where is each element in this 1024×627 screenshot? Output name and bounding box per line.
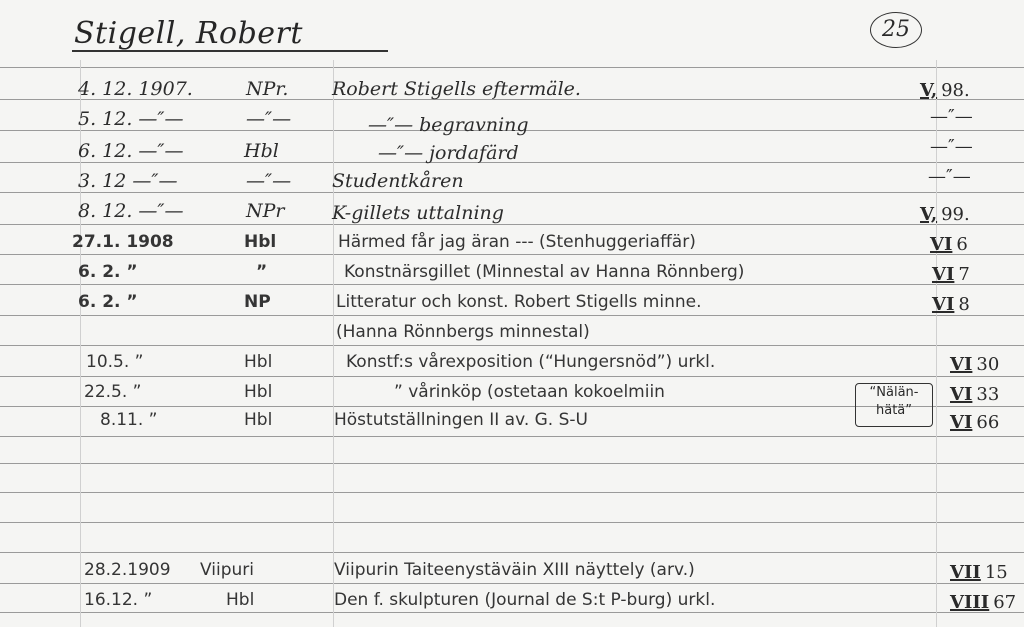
entry-date: 27.1. 1908	[72, 232, 174, 252]
ref-volume: VI	[950, 412, 972, 433]
ruled-line	[0, 612, 1024, 613]
ref-page: —″—	[930, 106, 973, 127]
entry-date: 6. 2. ”	[78, 262, 138, 282]
boxed-annotation-line: “Nälän-	[856, 384, 932, 402]
ref-page: 99.	[941, 204, 970, 225]
ref-volume: V,	[920, 80, 937, 101]
entry-source: NPr.	[246, 78, 288, 100]
ref-volume: VI	[950, 384, 972, 405]
ref-volume: VII	[950, 562, 981, 583]
entry-date: 8. 12. —″—	[78, 200, 184, 222]
ruled-line	[0, 436, 1024, 437]
entry-reference: —″—	[930, 136, 973, 157]
entry-source: ”	[256, 262, 267, 282]
entry-date: 28.2.1909	[84, 560, 171, 580]
ref-page: —″—	[928, 166, 971, 187]
entry-source: Hbl	[226, 590, 254, 610]
entry-source: —″—	[246, 170, 291, 192]
entry-source: Viipuri	[200, 560, 254, 580]
ruled-line	[0, 67, 1024, 68]
entry-source: NPr	[246, 200, 285, 222]
entry-text: Konstf:s vårexposition (“Hungersnöd”) ur…	[346, 352, 715, 372]
entry-text: K-gillets uttalning	[332, 202, 504, 224]
ref-volume: VIII	[950, 592, 989, 613]
entry-reference: VI8	[932, 294, 970, 315]
index-card: Stigell, Robert 25 4. 12. 1907. NPr. Rob…	[0, 0, 1024, 627]
card-number: 25	[870, 12, 922, 48]
ruled-line	[0, 254, 1024, 255]
ruled-line	[0, 376, 1024, 377]
entry-reference: VI7	[932, 264, 970, 285]
ref-page: —″—	[930, 136, 973, 157]
ruled-line	[0, 583, 1024, 584]
ref-volume: VI	[932, 264, 954, 285]
ref-page: 98.	[941, 80, 970, 101]
ref-volume: VI	[950, 354, 972, 375]
entry-reference: VI30	[950, 354, 999, 375]
entry-source: NP	[244, 292, 271, 312]
entry-date: 6. 12. —″—	[78, 140, 184, 162]
entry-text: Studentkåren	[332, 170, 464, 192]
entry-text: Höstutställningen II av. G. S-U	[334, 410, 588, 430]
entry-text: —″— begravning	[368, 114, 529, 136]
entry-reference: —″—	[930, 106, 973, 127]
entry-source: Hbl	[244, 410, 272, 430]
entry-date: 10.5. ”	[86, 352, 143, 372]
entry-date: 3. 12 —″—	[78, 170, 177, 192]
entry-reference: V,99.	[920, 204, 970, 225]
ruled-line	[0, 284, 1024, 285]
entry-reference: —″—	[928, 166, 971, 187]
card-title: Stigell, Robert	[74, 16, 303, 51]
ref-volume: V,	[920, 204, 937, 225]
entry-text-continuation: (Hanna Rönnbergs minnestal)	[336, 322, 590, 342]
entry-text: Härmed får jag äran --- (Stenhuggeriaffä…	[338, 232, 696, 252]
entry-date: 6. 2. ”	[78, 292, 138, 312]
ref-page: 33	[976, 384, 999, 405]
ref-volume: VI	[932, 294, 954, 315]
entry-date: 4. 12. 1907.	[78, 78, 193, 100]
entry-text: —″— jordafärd	[378, 142, 519, 164]
entry-source: Hbl	[244, 352, 272, 372]
ruled-line	[0, 192, 1024, 193]
entry-source: —″—	[246, 108, 291, 130]
entry-text: Robert Stigells eftermäle.	[332, 78, 581, 100]
entry-date: 16.12. ”	[84, 590, 152, 610]
ref-volume: VI	[930, 234, 952, 255]
ref-page: 6	[956, 234, 967, 255]
entry-date: 22.5. ”	[84, 382, 141, 402]
boxed-annotation: “Nälän- hätä”	[855, 383, 933, 427]
ruled-line	[0, 552, 1024, 553]
ruled-line	[0, 522, 1024, 523]
entry-date: 5. 12. —″—	[78, 108, 184, 130]
ref-page: 7	[958, 264, 969, 285]
entry-reference: VI6	[930, 234, 968, 255]
entry-text: Viipurin Taiteenystäväin XIII näyttely (…	[334, 560, 695, 580]
ruled-line	[0, 463, 1024, 464]
entry-date: 8.11. ”	[100, 410, 157, 430]
ruled-line	[0, 492, 1024, 493]
entry-reference: VI66	[950, 412, 999, 433]
entry-reference: VII15	[950, 562, 1008, 583]
ref-page: 67	[993, 592, 1016, 613]
entry-text: Litteratur och konst. Robert Stigells mi…	[336, 292, 701, 312]
ref-page: 30	[976, 354, 999, 375]
entry-source: Hbl	[244, 232, 276, 252]
ref-page: 66	[976, 412, 999, 433]
entry-reference: VI33	[950, 384, 999, 405]
ruled-line	[0, 315, 1024, 316]
margin-line	[333, 60, 334, 627]
ruled-line	[0, 345, 1024, 346]
entry-source: Hbl	[244, 382, 272, 402]
ruled-line	[0, 224, 1024, 225]
entry-text: Konstnärsgillet (Minnestal av Hanna Rönn…	[344, 262, 744, 282]
entry-reference: VIII67	[950, 592, 1016, 613]
title-underline	[72, 50, 388, 52]
boxed-annotation-line: hätä”	[856, 402, 932, 420]
ref-page: 8	[958, 294, 969, 315]
entry-text: Den f. skulpturen (Journal de S:t P-burg…	[334, 590, 715, 610]
entry-reference: V,98.	[920, 80, 970, 101]
entry-source: Hbl	[244, 140, 279, 162]
entry-text: ” vårinköp (ostetaan kokoelmiin	[394, 382, 665, 402]
ref-page: 15	[985, 562, 1008, 583]
